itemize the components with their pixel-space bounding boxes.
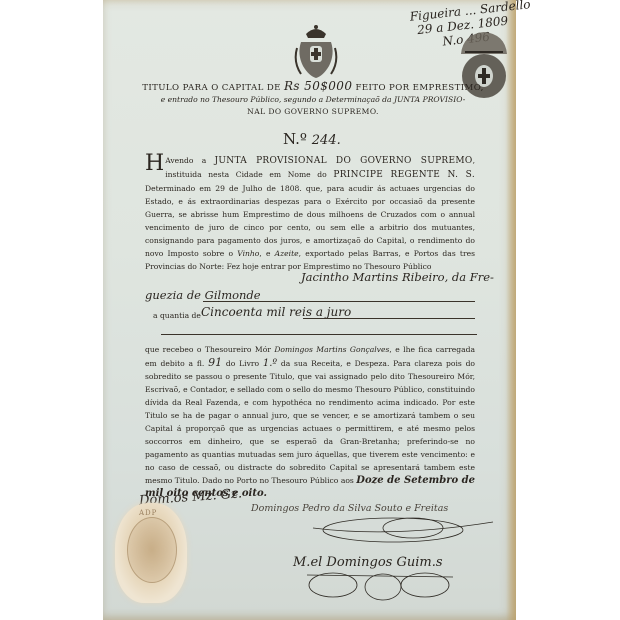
document-title: TITULO PARA O CAPITAL DE Rs 50$000 FEITO…	[133, 80, 493, 118]
text: do Livro	[222, 359, 263, 368]
paper-seal: ADP	[115, 503, 187, 603]
lender-name-line-1: Jacintho Martins Ribeiro, da Fre-	[301, 270, 494, 284]
quantia-label: a quantia de	[153, 311, 201, 320]
signature-flourish-icon	[293, 508, 503, 548]
seal-emblem-icon	[127, 517, 177, 583]
loan-title-document: Figueira ... Sardello 29 a Dez. 1809 N.o…	[103, 0, 516, 620]
vinho: Vinho	[237, 249, 259, 258]
junta-name: JUNTA PROVISIONAL DO GOVERNO SUPREMO	[215, 156, 473, 166]
principe-name: PRINCIPE REGENTE N. S.	[333, 170, 475, 180]
fill-line	[303, 318, 475, 319]
number-label: N.º	[283, 130, 307, 148]
title-prefix: TITULO PARA O CAPITAL DE	[142, 83, 281, 93]
paragraph-2: que recebeo o Thesoureiro Mór Domingos M…	[145, 343, 475, 500]
livro-number: 1.º	[263, 358, 277, 369]
lender-name-line-2: guezia de Gilmonde	[145, 288, 261, 302]
title-line-2: e entrado no Thesouro Público, segundo a…	[133, 94, 493, 106]
text: da sua Receita, e Despeza. Para clareza …	[145, 359, 475, 485]
text: que recebeo o Thesoureiro Mór	[145, 345, 274, 354]
seal-text: ADP	[139, 509, 157, 517]
azeite: Azeite	[275, 249, 299, 258]
fill-line	[203, 301, 475, 302]
title-line-3: NAL DO GOVERNO SUPREMO.	[133, 106, 493, 118]
fill-line	[161, 334, 477, 335]
quantia-amount: Cincoenta mil reis a juro	[201, 305, 351, 319]
signature-flourish-icon	[303, 565, 463, 605]
drop-cap: H	[145, 155, 164, 173]
number-value: 244.	[312, 133, 341, 148]
folio-number: 91	[208, 356, 222, 369]
text: Avendo a	[165, 156, 214, 165]
thesoureiro-name: Domingos Martins Gonçalves	[274, 345, 389, 354]
paragraph-1: HAvendo a JUNTA PROVISIONAL DO GOVERNO S…	[145, 154, 475, 273]
coat-of-arms-icon	[293, 24, 339, 82]
capital-amount: Rs 50$000	[284, 79, 352, 93]
text: Determinado em 29 de Julho de 1808. que,…	[145, 184, 475, 258]
title-number: N.º 244.	[283, 130, 341, 148]
text: , e	[259, 249, 274, 258]
title-suffix: FEITO POR EMPRESTIMO,	[356, 83, 484, 93]
